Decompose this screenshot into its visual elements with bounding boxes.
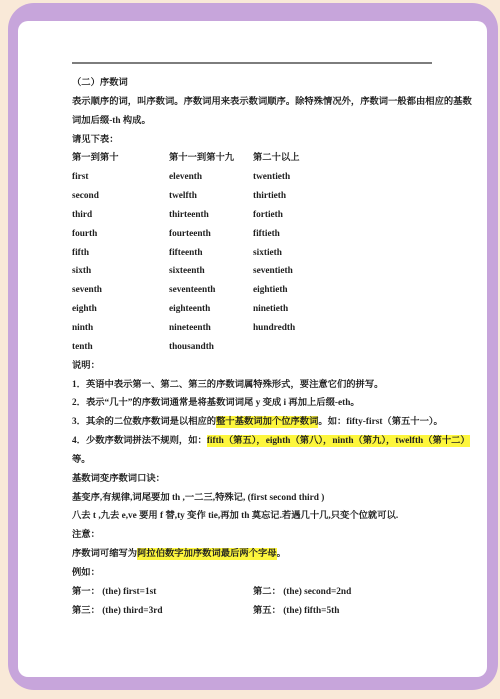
table-cell: seventieth — [253, 262, 432, 281]
note-3-highlight: 整十基数词加个位序数词 — [216, 416, 318, 428]
note-4-highlight: fifth（第五），eighth（第八），ninth（第九），twelfth（第… — [207, 435, 470, 447]
table-cell — [253, 338, 432, 357]
examples-label: 例如： — [72, 564, 432, 583]
abbreviation-highlight: 阿拉伯数字加序数词最后两个字母 — [137, 548, 276, 560]
note-4-text: 4．少数序数词拼法不规则，如： — [72, 436, 207, 446]
example-row: 第三： (the) third=3rd 第五： (the) fifth=5th — [72, 602, 432, 621]
table-cell: seventeenth — [169, 281, 253, 300]
notice-label: 注意： — [72, 526, 432, 545]
table-cell: first — [72, 168, 169, 187]
ordinal-numbers-table: 第一到第十 第十一到第十九 第二十以上 first eleventh twent… — [72, 149, 432, 356]
table-cell: eighth — [72, 300, 169, 319]
table-cell: fiftieth — [253, 225, 432, 244]
note-3-text: 3．其余的二位数序数词是以相应的 — [72, 417, 216, 427]
example-item: 第一： (the) first=1st — [72, 583, 253, 602]
abbreviation-note: 序数词可缩写为阿拉伯数字加序数词最后两个字母。 — [72, 545, 432, 564]
note-2: 2．表示“几十”的序数词通常是将基数词词尾 y 变成 i 再加上后缀-eth。 — [72, 394, 432, 413]
table-cell: eighteenth — [169, 300, 253, 319]
table-cell: twentieth — [253, 168, 432, 187]
table-cell: sixteenth — [169, 262, 253, 281]
intro-line-1: 表示顺序的词，叫序数词。序数词用来表示数词顺序。除特殊情况外，序数词一般都由相应… — [72, 93, 432, 112]
table-cell: thirteenth — [169, 206, 253, 225]
note-4: 4．少数序数词拼法不规则，如：fifth（第五），eighth（第八），nint… — [72, 432, 432, 451]
table-cell: eleventh — [169, 168, 253, 187]
table-cell: seventh — [72, 281, 169, 300]
example-item: 第三： (the) third=3rd — [72, 602, 253, 621]
table-header: 第十一到第十九 — [169, 149, 253, 168]
table-header: 第二十以上 — [253, 149, 432, 168]
table-cell: second — [72, 187, 169, 206]
abbreviation-text: 。 — [277, 549, 286, 559]
table-cell: nineteenth — [169, 319, 253, 338]
intro-line-2: 词加后缀-th 构成。 — [72, 112, 432, 131]
table-header: 第一到第十 — [72, 149, 169, 168]
table-cell: thirtieth — [253, 187, 432, 206]
table-cell: thousandth — [169, 338, 253, 357]
mnemonic-line-1: 基变序,有规律,词尾要加 th ,一二三,特殊记, (first second … — [72, 489, 432, 508]
table-cell: sixtieth — [253, 244, 432, 263]
document-content: （二）序数词 表示顺序的词，叫序数词。序数词用来表示数词顺序。除特殊情况外，序数… — [18, 21, 487, 620]
decorative-frame: （二）序数词 表示顺序的词，叫序数词。序数词用来表示数词顺序。除特殊情况外，序数… — [8, 3, 498, 690]
abbreviation-text: 序数词可缩写为 — [72, 549, 137, 559]
table-cell: twelfth — [169, 187, 253, 206]
table-cell: sixth — [72, 262, 169, 281]
note-4-continuation: 等。 — [72, 451, 432, 470]
table-cell: fortieth — [253, 206, 432, 225]
example-item: 第五： (the) fifth=5th — [253, 602, 432, 621]
top-rule — [72, 62, 432, 64]
example-row: 第一： (the) first=1st 第二： (the) second=2nd — [72, 583, 432, 602]
table-cell: fifteenth — [169, 244, 253, 263]
screenshot-root: { "colors": { "outer_bg": "#f9e9d8", "fr… — [0, 0, 500, 699]
table-cell: hundredth — [253, 319, 432, 338]
table-cell: fourteenth — [169, 225, 253, 244]
note-1: 1．英语中表示第一、第二、第三的序数词属特殊形式，要注意它们的拼写。 — [72, 376, 432, 395]
note-3: 3．其余的二位数序数词是以相应的整十基数词加个位序数词。如：fifty-firs… — [72, 413, 432, 432]
mnemonic-line-2: 八去 t ,九去 e,ve 要用 f 替,ty 变作 tie,再加 th 莫忘记… — [72, 507, 432, 526]
notes-label: 说明： — [72, 357, 432, 376]
table-cell: fifth — [72, 244, 169, 263]
example-item: 第二： (the) second=2nd — [253, 583, 432, 602]
table-cell: fourth — [72, 225, 169, 244]
table-cell: tenth — [72, 338, 169, 357]
section-heading: （二）序数词 — [72, 74, 432, 93]
table-cell: third — [72, 206, 169, 225]
note-3-text: 。如：fifty-first（第五十一）。 — [318, 417, 442, 427]
mnemonic-label: 基数词变序数词口诀： — [72, 470, 432, 489]
table-cell: eightieth — [253, 281, 432, 300]
table-cell: ninth — [72, 319, 169, 338]
table-intro: 请见下表： — [72, 131, 432, 150]
document-page: （二）序数词 表示顺序的词，叫序数词。序数词用来表示数词顺序。除特殊情况外，序数… — [18, 21, 487, 677]
table-cell: ninetieth — [253, 300, 432, 319]
